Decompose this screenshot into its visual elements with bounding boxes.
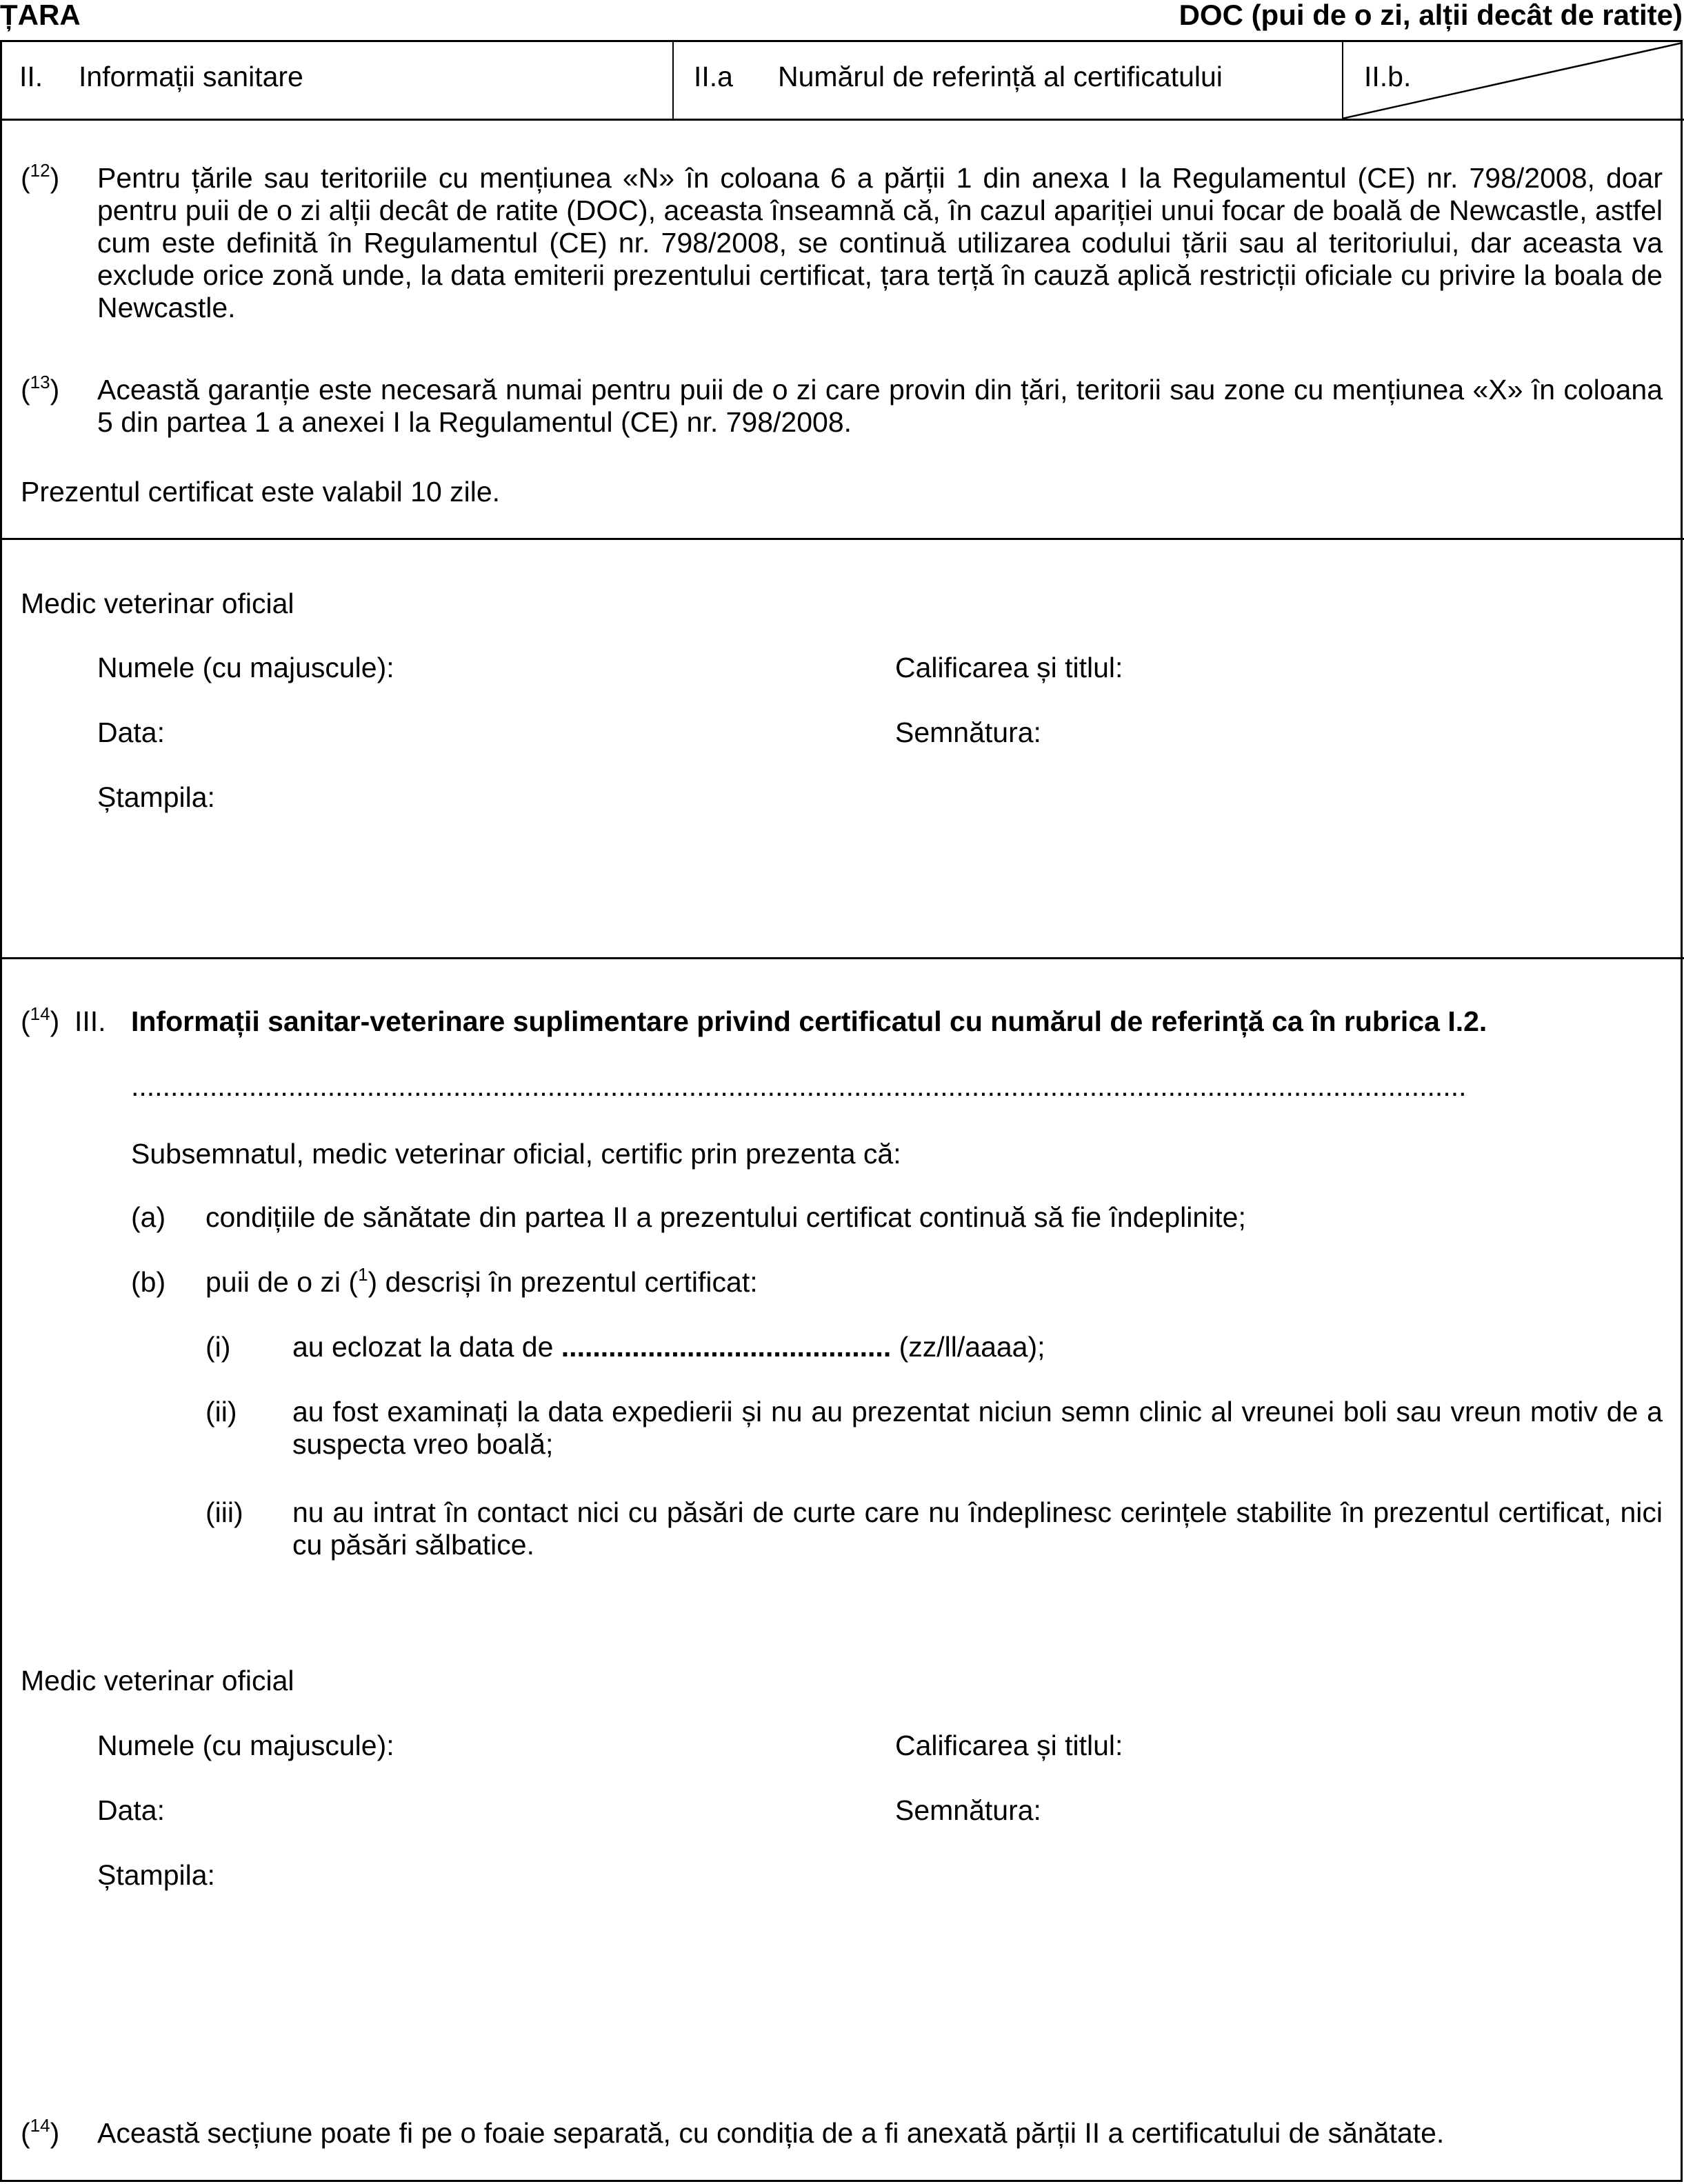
item-b-text: puii de o zi (1) descriși în prezentul c… — [206, 1266, 758, 1298]
divider — [0, 538, 1684, 540]
subitem-ii-text: au fost examinați la data expedierii și … — [292, 1396, 1663, 1461]
section-ii-number: II. — [19, 61, 43, 92]
stamp-label: Ștampila: — [97, 781, 215, 813]
name-label: Numele (cu majuscule): — [97, 1730, 394, 1761]
subitem-i-text: au eclozat la data de ..................… — [292, 1331, 1045, 1363]
divider — [0, 957, 1684, 959]
footnote-14-text: Această secțiune poate fi pe o foaie sep… — [97, 2117, 1444, 2149]
qualification-label: Calificarea și titlul: — [895, 1730, 1123, 1761]
certification-intro: Subsemnatul, medic veterinar oficial, ce… — [131, 1138, 901, 1170]
item-a-text: condițiile de sănătate din partea II a p… — [206, 1201, 1246, 1233]
date-label: Data: — [97, 1794, 165, 1826]
divider — [672, 41, 674, 119]
hatch-date-field[interactable]: ........................................… — [561, 1331, 891, 1363]
ref-number-field-label: Numărul de referință al certificatului — [778, 61, 1223, 92]
subitem-i-label: (i) — [206, 1331, 230, 1363]
ref-number-label: II.a — [694, 61, 733, 92]
official-vet-title: Medic veterinar oficial — [21, 1665, 294, 1696]
certificate-frame — [0, 40, 1683, 2182]
date-label: Data: — [97, 717, 165, 748]
note-13-marker: (13) — [21, 374, 59, 405]
subitem-iii-text: nu au intrat în contact nici cu păsări d… — [292, 1496, 1663, 1561]
footnote-14-marker: (14) — [21, 2117, 59, 2149]
section-iii-number: III. — [74, 1005, 106, 1037]
note-13-text: Această garanție este necesară numai pen… — [97, 374, 1663, 439]
subitem-ii-label: (ii) — [206, 1396, 237, 1427]
note-12-marker: (12) — [21, 162, 59, 194]
qualification-label: Calificarea și titlul: — [895, 652, 1123, 683]
iib-label: II.b. — [1364, 61, 1411, 92]
subitem-iii-label: (iii) — [206, 1496, 243, 1528]
section-iii-title: Informații sanitar-veterinare suplimenta… — [131, 1005, 1487, 1037]
note-12-text: Pentru țările sau teritoriile cu mențiun… — [97, 162, 1663, 324]
stamp-label: Ștampila: — [97, 1859, 215, 1891]
official-vet-title: Medic veterinar oficial — [21, 588, 294, 619]
name-label: Numele (cu majuscule): — [97, 652, 394, 683]
country-label: ȚARA — [0, 0, 81, 30]
item-a-label: (a) — [131, 1201, 166, 1233]
section-iii-marker: (14) — [21, 1005, 59, 1037]
item-b-label: (b) — [131, 1266, 166, 1298]
section-ii-title: Informații sanitare — [79, 61, 303, 92]
signature-label: Semnătura: — [895, 717, 1041, 748]
signature-label: Semnătura: — [895, 1794, 1041, 1826]
certificate-type: DOC (pui de o zi, alții decât de ratite) — [1179, 0, 1683, 30]
validity-statement: Prezentul certificat este valabil 10 zil… — [21, 476, 500, 508]
reference-dotted-line: ........................................… — [131, 1070, 1648, 1102]
